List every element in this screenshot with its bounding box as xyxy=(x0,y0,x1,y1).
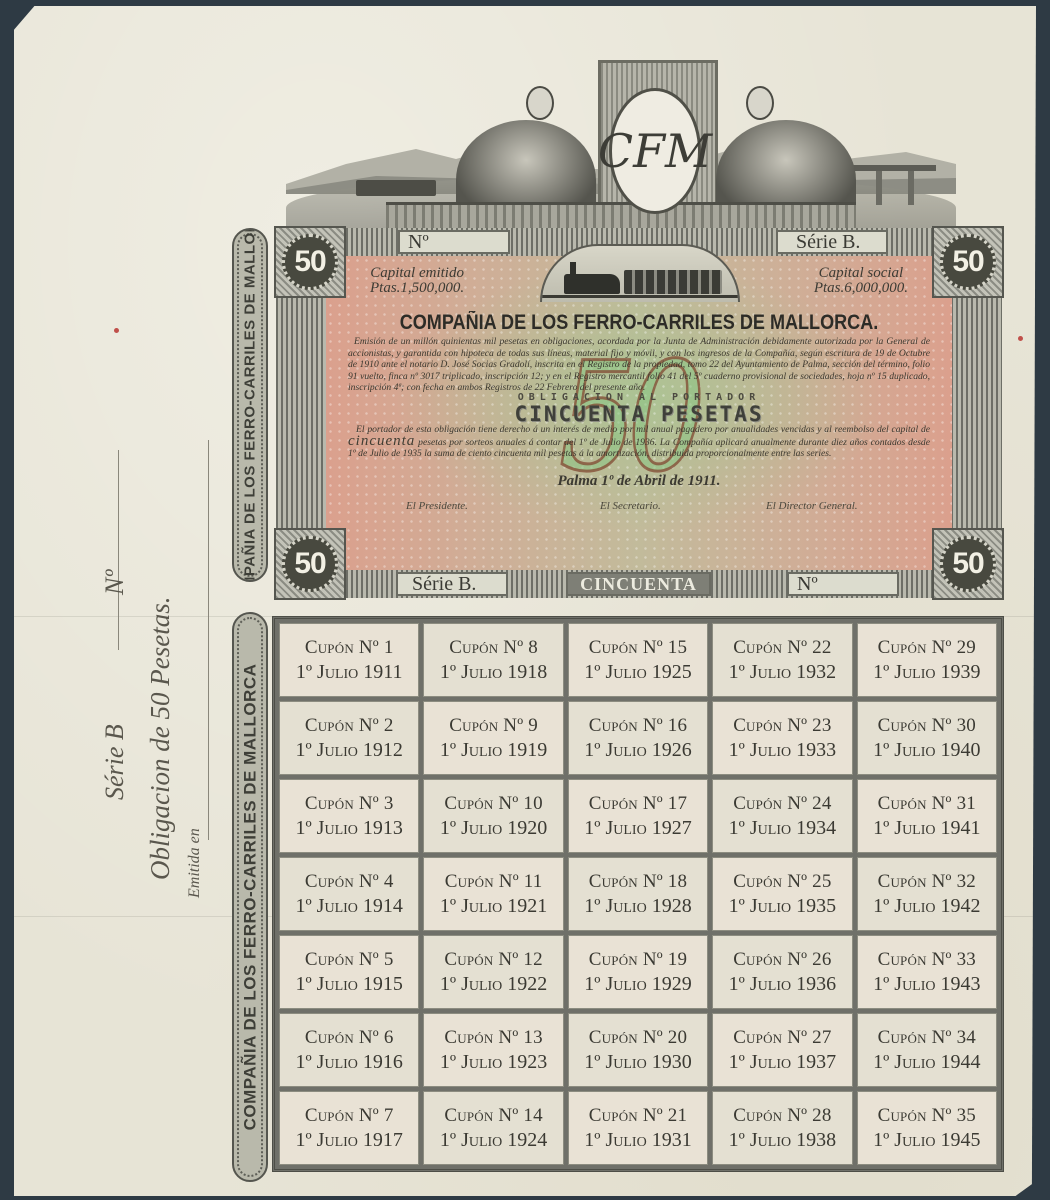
coupon-label: Cupón Nº 1 xyxy=(305,636,394,660)
number-field-bottom: Nº xyxy=(787,572,899,596)
coupon-label: Cupón Nº 20 xyxy=(589,1026,687,1050)
side-strip-upper: COMPAÑIA DE LOS FERRO-CARRILES DE MALLOR… xyxy=(232,228,268,582)
coupon: Cupón Nº 331º Julio 1943 xyxy=(857,935,997,1009)
coupon-label: Cupón Nº 21 xyxy=(589,1104,687,1128)
amount-label-bottom: CINCUENTA xyxy=(566,572,711,596)
value-medallion: 50 xyxy=(932,226,1004,298)
coupon: Cupón Nº 61º Julio 1916 xyxy=(279,1013,419,1087)
coupon: Cupón Nº 241º Julio 1934 xyxy=(712,779,852,853)
coupon: Cupón Nº 121º Julio 1922 xyxy=(423,935,563,1009)
ink-speck xyxy=(114,328,119,333)
place-date: Palma 1º de Abril de 1911. xyxy=(276,473,1002,490)
coupon-date: 1º Julio 1924 xyxy=(440,1128,547,1152)
series-label-bottom: Série B. xyxy=(396,572,508,596)
stub-issued: Emitida en xyxy=(186,828,204,898)
coupon: Cupón Nº 191º Julio 1929 xyxy=(568,935,708,1009)
signature-president: El Presidente. xyxy=(406,500,468,512)
coupon-label: Cupón Nº 24 xyxy=(733,792,831,816)
coupon-label: Cupón Nº 34 xyxy=(878,1026,976,1050)
coupon: Cupón Nº 111º Julio 1921 xyxy=(423,857,563,931)
coupon-label: Cupón Nº 22 xyxy=(733,636,831,660)
coupon-date: 1º Julio 1920 xyxy=(440,816,547,840)
coupon: Cupón Nº 221º Julio 1932 xyxy=(712,623,852,697)
signature-director: El Director General. xyxy=(766,500,858,512)
side-strip-lower: COMPAÑIA DE LOS FERRO-CARRILES DE MALLOR… xyxy=(232,612,268,1182)
coupon-date: 1º Julio 1934 xyxy=(729,816,836,840)
coupon: Cupón Nº 341º Julio 1944 xyxy=(857,1013,997,1087)
coupon: Cupón Nº 251º Julio 1935 xyxy=(712,857,852,931)
coupon-date: 1º Julio 1923 xyxy=(440,1050,547,1074)
coupon-date: 1º Julio 1942 xyxy=(873,894,980,918)
coupon: Cupón Nº 311º Julio 1941 xyxy=(857,779,997,853)
coupon-label: Cupón Nº 18 xyxy=(589,870,687,894)
coupon-label: Cupón Nº 25 xyxy=(733,870,831,894)
coupon-label: Cupón Nº 32 xyxy=(878,870,976,894)
coupon-date: 1º Julio 1925 xyxy=(584,660,691,684)
coupon: Cupón Nº 261º Julio 1936 xyxy=(712,935,852,1009)
coupon-label: Cupón Nº 10 xyxy=(444,792,542,816)
coupon: Cupón Nº 71º Julio 1917 xyxy=(279,1091,419,1165)
coupon-label: Cupón Nº 33 xyxy=(878,948,976,972)
coupon-date: 1º Julio 1929 xyxy=(584,972,691,996)
coupon-label: Cupón Nº 8 xyxy=(449,636,538,660)
coupon: Cupón Nº 281º Julio 1938 xyxy=(712,1091,852,1165)
coupon-date: 1º Julio 1930 xyxy=(584,1050,691,1074)
value-medallion: 50 xyxy=(274,226,346,298)
stub-rule xyxy=(118,450,119,650)
bond-certificate: 50 50 50 50 Nº Série B. Capital emitido … xyxy=(276,228,1002,598)
company-name: COMPAÑIA DE LOS FERRO-CARRILES DE MALLOR… xyxy=(327,311,951,335)
coupon-label: Cupón Nº 17 xyxy=(589,792,687,816)
side-strip-text: COMPAÑIA DE LOS FERRO-CARRILES DE MALLOR… xyxy=(240,664,260,1131)
amount-handwritten: cincuenta xyxy=(348,433,415,449)
coupon: Cupón Nº 351º Julio 1945 xyxy=(857,1091,997,1165)
interest-terms-paragraph: El portador de esta obligación tiene der… xyxy=(348,424,930,460)
coupon-label: Cupón Nº 19 xyxy=(589,948,687,972)
coupon: Cupón Nº 301º Julio 1940 xyxy=(857,701,997,775)
coupon-date: 1º Julio 1936 xyxy=(729,972,836,996)
coupon-label: Cupón Nº 2 xyxy=(305,714,394,738)
coupon-sheet: Cupón Nº 11º Julio 1911Cupón Nº 81º Juli… xyxy=(272,616,1004,1172)
coupon: Cupón Nº 41º Julio 1914 xyxy=(279,857,419,931)
coupon: Cupón Nº 131º Julio 1923 xyxy=(423,1013,563,1087)
value-medallion: 50 xyxy=(932,528,1004,600)
coupon-label: Cupón Nº 14 xyxy=(444,1104,542,1128)
coupon: Cupón Nº 171º Julio 1927 xyxy=(568,779,708,853)
coupon-date: 1º Julio 1911 xyxy=(296,660,403,684)
coupon: Cupón Nº 101º Julio 1920 xyxy=(423,779,563,853)
coupon: Cupón Nº 151º Julio 1925 xyxy=(568,623,708,697)
coupon-date: 1º Julio 1926 xyxy=(584,738,691,762)
coupon: Cupón Nº 161º Julio 1926 xyxy=(568,701,708,775)
coupon: Cupón Nº 51º Julio 1915 xyxy=(279,935,419,1009)
coupon: Cupón Nº 231º Julio 1933 xyxy=(712,701,852,775)
coupon-date: 1º Julio 1919 xyxy=(440,738,547,762)
coupon-label: Cupón Nº 7 xyxy=(305,1104,394,1128)
coupon: Cupón Nº 11º Julio 1911 xyxy=(279,623,419,697)
coupon-label: Cupón Nº 16 xyxy=(589,714,687,738)
coupon: Cupón Nº 291º Julio 1939 xyxy=(857,623,997,697)
coupon-date: 1º Julio 1917 xyxy=(295,1128,402,1152)
train-illustration xyxy=(356,180,436,196)
value-medallion: 50 xyxy=(274,528,346,600)
coupon-date: 1º Julio 1938 xyxy=(729,1128,836,1152)
coupon-label: Cupón Nº 29 xyxy=(878,636,976,660)
coupon-label: Cupón Nº 5 xyxy=(305,948,394,972)
coupon-date: 1º Julio 1941 xyxy=(873,816,980,840)
coupon-date: 1º Julio 1912 xyxy=(295,738,402,762)
amount-text: CINCUENTA PESETAS xyxy=(276,402,1002,426)
monogram-emblem: CFM xyxy=(609,88,701,214)
locomotive-illustration xyxy=(540,244,740,302)
coupon-label: Cupón Nº 28 xyxy=(733,1104,831,1128)
coupon: Cupón Nº 181º Julio 1928 xyxy=(568,857,708,931)
stub-obligation: Obligacion de 50 Pesetas. xyxy=(145,597,176,880)
coupon: Cupón Nº 211º Julio 1931 xyxy=(568,1091,708,1165)
coupon: Cupón Nº 271º Julio 1937 xyxy=(712,1013,852,1087)
stub-rule xyxy=(208,440,209,840)
coupon-date: 1º Julio 1932 xyxy=(729,660,836,684)
coupon: Cupón Nº 321º Julio 1942 xyxy=(857,857,997,931)
coupon: Cupón Nº 141º Julio 1924 xyxy=(423,1091,563,1165)
coupon-date: 1º Julio 1928 xyxy=(584,894,691,918)
coupon-date: 1º Julio 1933 xyxy=(729,738,836,762)
coupon-date: 1º Julio 1916 xyxy=(295,1050,402,1074)
coupon-date: 1º Julio 1940 xyxy=(873,738,980,762)
stub-number: Nº xyxy=(100,570,130,595)
coupon-date: 1º Julio 1922 xyxy=(440,972,547,996)
coupon-label: Cupón Nº 12 xyxy=(444,948,542,972)
coupon-date: 1º Julio 1918 xyxy=(440,660,547,684)
coupon-date: 1º Julio 1915 xyxy=(295,972,402,996)
coupon-label: Cupón Nº 3 xyxy=(305,792,394,816)
coupon-label: Cupón Nº 13 xyxy=(444,1026,542,1050)
coupon: Cupón Nº 201º Julio 1930 xyxy=(568,1013,708,1087)
coupon: Cupón Nº 31º Julio 1913 xyxy=(279,779,419,853)
issue-terms-paragraph: Emisión de un millón quinientas mil pese… xyxy=(348,336,930,394)
coupon-date: 1º Julio 1943 xyxy=(873,972,980,996)
coupon-label: Cupón Nº 23 xyxy=(733,714,831,738)
coupon-date: 1º Julio 1937 xyxy=(729,1050,836,1074)
allegorical-figure-left xyxy=(456,80,606,220)
coupon-label: Cupón Nº 11 xyxy=(445,870,543,894)
coupon-date: 1º Julio 1945 xyxy=(873,1128,980,1152)
stub-series: Série B xyxy=(100,724,130,800)
coupon-date: 1º Julio 1913 xyxy=(295,816,402,840)
number-field-top: Nº xyxy=(398,230,510,254)
capital-social: Capital social Ptas.6,000,000. xyxy=(814,266,908,296)
coupon-label: Cupón Nº 6 xyxy=(305,1026,394,1050)
coupon-date: 1º Julio 1939 xyxy=(873,660,980,684)
coupon-date: 1º Julio 1944 xyxy=(873,1050,980,1074)
coupon-date: 1º Julio 1914 xyxy=(295,894,402,918)
coupon-date: 1º Julio 1921 xyxy=(440,894,547,918)
allegorical-figure-right xyxy=(706,80,856,220)
side-strip-text: COMPAÑIA DE LOS FERRO-CARRILES DE MALLOR… xyxy=(242,228,259,582)
coupon-label: Cupón Nº 35 xyxy=(878,1104,976,1128)
coupon-label: Cupón Nº 15 xyxy=(589,636,687,660)
coupon-label: Cupón Nº 4 xyxy=(305,870,394,894)
coupon: Cupón Nº 81º Julio 1918 xyxy=(423,623,563,697)
series-label-top: Série B. xyxy=(776,230,888,254)
engraved-vignette: CFM xyxy=(286,60,956,228)
coupon: Cupón Nº 21º Julio 1912 xyxy=(279,701,419,775)
signature-secretary: El Secretario. xyxy=(600,500,661,512)
coupon-date: 1º Julio 1927 xyxy=(584,816,691,840)
coupon-date: 1º Julio 1931 xyxy=(584,1128,691,1152)
coupon-label: Cupón Nº 30 xyxy=(878,714,976,738)
coupon-label: Cupón Nº 26 xyxy=(733,948,831,972)
coupon-label: Cupón Nº 9 xyxy=(449,714,538,738)
coupon-label: Cupón Nº 31 xyxy=(878,792,976,816)
coupon: Cupón Nº 91º Julio 1919 xyxy=(423,701,563,775)
pedestal-illustration xyxy=(386,202,856,228)
capital-issued: Capital emitido Ptas.1,500,000. xyxy=(370,266,464,296)
coupon-label: Cupón Nº 27 xyxy=(733,1026,831,1050)
coupon-date: 1º Julio 1935 xyxy=(729,894,836,918)
ink-speck xyxy=(1018,336,1023,341)
